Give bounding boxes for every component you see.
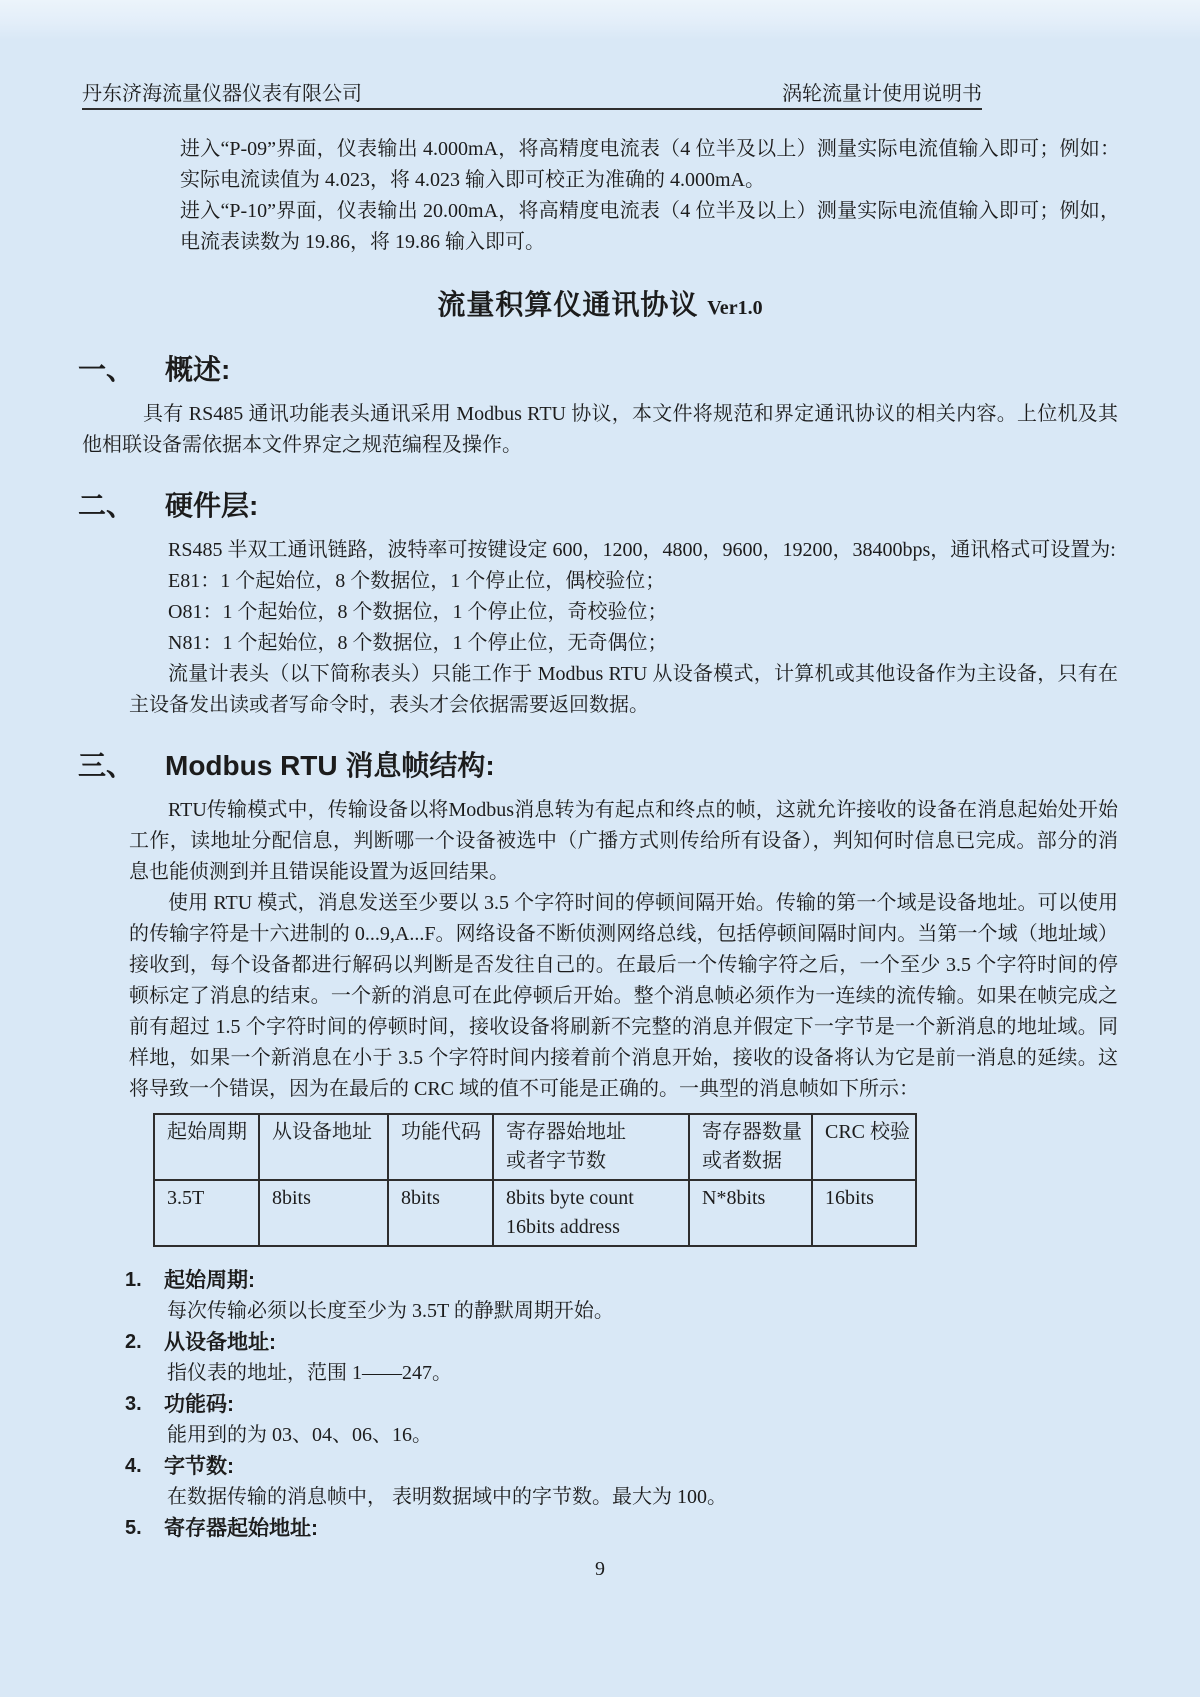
table-header-cell: 寄存器始地址 或者字节数 [493, 1114, 689, 1180]
list-item-description: 能用到的为 03、04、06、16。 [167, 1420, 1118, 1451]
table-header-cell: 寄存器数量 或者数据 [689, 1114, 812, 1180]
section-heading-hardware: 二、 硬件层: [78, 488, 1118, 524]
list-item-term: 寄存器起始地址: [164, 1513, 318, 1544]
table-header-cell: CRC 校验 [812, 1114, 916, 1180]
company-name: 丹东济海流量仪器仪表有限公司 [82, 83, 362, 105]
list-item-term: 字节数: [164, 1451, 234, 1482]
table-cell: 8bits byte count 16bits address [493, 1180, 689, 1246]
list-item-number: 2. [125, 1327, 164, 1358]
table-header-cell: 从设备地址 [259, 1114, 388, 1180]
paragraph: E81：1 个起始位，8 个数据位，1 个停止位，偶校验位； [129, 566, 1118, 597]
page-number: 9 [82, 1557, 1118, 1581]
protocol-title-text: 流量积算仪通讯协议 [437, 289, 698, 320]
table-cell: 8bits [388, 1180, 493, 1246]
table-cell: 3.5T [154, 1180, 259, 1246]
paragraph: RS485 半双工通讯链路，波特率可按键设定 600，1200，4800，960… [129, 535, 1118, 566]
intro-paragraph: 进入“P-10”界面，仪表输出 20.00mA，将高精度电流表（4 位半及以上）… [180, 196, 1120, 258]
section-body-hardware: RS485 半双工通讯链路，波特率可按键设定 600，1200，4800，960… [129, 535, 1118, 721]
list-item-description: 每次传输必须以长度至少为 3.5T 的静默周期开始。 [167, 1296, 1118, 1327]
section-title: 硬件层: [165, 488, 258, 524]
paragraph: 使用 RTU 模式，消息发送至少要以 3.5 个字符时间的停顿间隔开始。传输的第… [129, 888, 1118, 1105]
intro-paragraph: 进入“P-09”界面，仪表输出 4.000mA，将高精度电流表（4 位半及以上）… [180, 134, 1120, 196]
section-number: 一、 [78, 352, 165, 388]
list-item-description: 在数据传输的消息帧中， 表明数据域中的字节数。最大为 100。 [167, 1482, 1118, 1513]
list-item-number: 4. [125, 1451, 164, 1482]
paragraph: 流量计表头（以下简称表头）只能工作于 Modbus RTU 从设备模式，计算机或… [129, 659, 1118, 721]
table-header-cell: 功能代码 [388, 1114, 493, 1180]
section-heading-overview: 一、 概述: [78, 352, 1118, 388]
table-cell: N*8bits [689, 1180, 812, 1246]
list-item-description: 指仪表的地址，范围 1——247。 [167, 1358, 1118, 1389]
protocol-version: Ver1.0 [707, 297, 762, 319]
section-heading-frame-structure: 三、 Modbus RTU 消息帧结构: [78, 748, 1118, 784]
message-frame-table: 起始周期 从设备地址 功能代码 寄存器始地址 或者字节数 [153, 1113, 917, 1247]
table-cell: 16bits [812, 1180, 916, 1246]
definition-list: 1. 起始周期: 每次传输必须以长度至少为 3.5T 的静默周期开始。 2. 从… [82, 1265, 1118, 1544]
list-item: 4. 字节数: 在数据传输的消息帧中， 表明数据域中的字节数。最大为 100。 [82, 1451, 1118, 1513]
list-item-number: 1. [125, 1265, 164, 1296]
page-header: 丹东济海流量仪器仪表有限公司 涡轮流量计使用说明书 [82, 83, 982, 110]
doc-title: 涡轮流量计使用说明书 [782, 83, 982, 105]
paragraph: RTU传输模式中，传输设备以将Modbus消息转为有起点和终点的帧，这就允许接收… [129, 795, 1118, 888]
list-item-term: 从设备地址: [164, 1327, 276, 1358]
paragraph: 具有 RS485 通讯功能表头通讯采用 Modbus RTU 协议，本文件将规范… [82, 399, 1118, 461]
protocol-title: 流量积算仪通讯协议 Ver1.0 [82, 288, 1118, 325]
paragraph: O81：1 个起始位，8 个数据位，1 个停止位，奇校验位； [129, 597, 1118, 628]
section-title: 概述: [165, 352, 230, 388]
list-item: 5. 寄存器起始地址: [82, 1513, 1118, 1544]
list-item-term: 功能码: [164, 1389, 234, 1420]
section-body-overview: 具有 RS485 通讯功能表头通讯采用 Modbus RTU 协议，本文件将规范… [82, 399, 1118, 461]
list-item: 1. 起始周期: 每次传输必须以长度至少为 3.5T 的静默周期开始。 [82, 1265, 1118, 1327]
section-title: Modbus RTU 消息帧结构: [165, 748, 495, 784]
list-item-number: 3. [125, 1389, 164, 1420]
table-cell: 8bits [259, 1180, 388, 1246]
list-item: 2. 从设备地址: 指仪表的地址，范围 1——247。 [82, 1327, 1118, 1389]
section-body-frame-structure: RTU传输模式中，传输设备以将Modbus消息转为有起点和终点的帧，这就允许接收… [129, 795, 1118, 1105]
section-number: 二、 [78, 488, 165, 524]
section-number: 三、 [78, 748, 165, 784]
paragraph: N81：1 个起始位，8 个数据位，1 个停止位，无奇偶位； [129, 628, 1118, 659]
table-header-cell: 起始周期 [154, 1114, 259, 1180]
table-header-row: 起始周期 从设备地址 功能代码 寄存器始地址 或者字节数 [154, 1114, 916, 1180]
intro-block: 进入“P-09”界面，仪表输出 4.000mA，将高精度电流表（4 位半及以上）… [180, 134, 1120, 258]
list-item: 3. 功能码: 能用到的为 03、04、06、16。 [82, 1389, 1118, 1451]
table-row: 3.5T 8bits 8bits 8bits byte count 16bits… [154, 1180, 916, 1246]
list-item-term: 起始周期: [164, 1265, 255, 1296]
list-item-number: 5. [125, 1513, 164, 1544]
document-page: 丹东济海流量仪器仪表有限公司 涡轮流量计使用说明书 进入“P-09”界面，仪表输… [0, 0, 1200, 1697]
